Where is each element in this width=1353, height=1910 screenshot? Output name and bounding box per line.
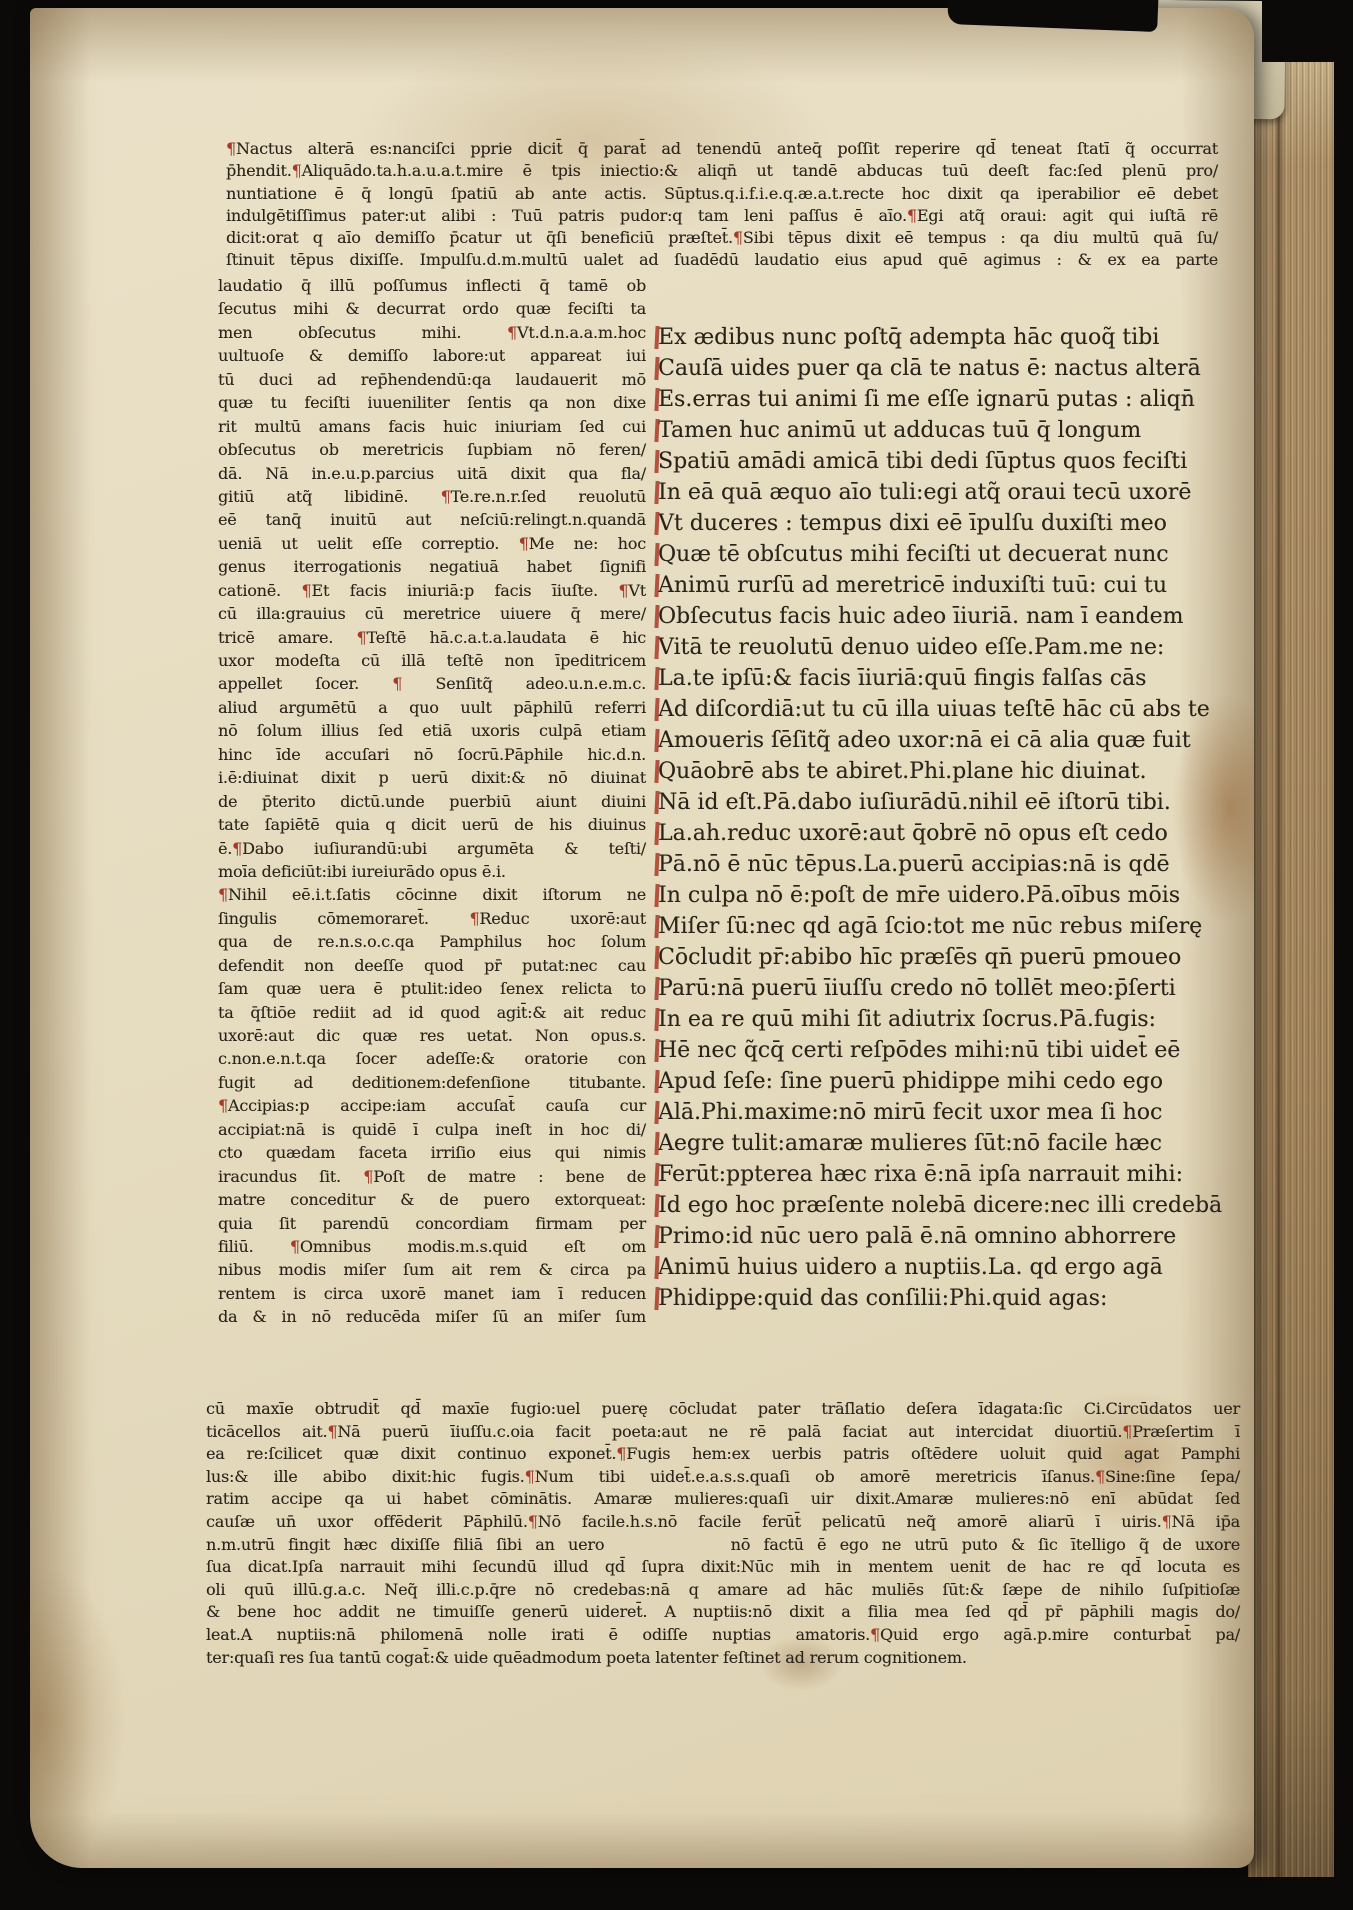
text-line: defendit non deeſſe quod pr̄ putat:nec c… xyxy=(218,954,646,977)
text-line: gitiū atq̃ libidinē. ¶Te.re.n.r.ſed reuo… xyxy=(218,485,646,508)
rubric-pilcrow: ¶ xyxy=(356,628,366,647)
terence-verse-column: Ex ædibus nunc poſtq̄ adempta hāc quoq̃ … xyxy=(658,322,1254,1314)
commentary-bottom-block: cū maxīe obtrudit̄ qd̄ maxīe fugio:uel p… xyxy=(206,1398,1240,1669)
text-line: ſingulis cōmemoraret̄. ¶Reduc uxorē:aut xyxy=(218,907,646,930)
rubric-pilcrow: ¶ xyxy=(292,161,302,180)
rubric-pilcrow: ¶ xyxy=(525,1467,535,1486)
rubric-pilcrow: ¶ xyxy=(519,534,529,553)
rubric-pilcrow: ¶ xyxy=(1122,1422,1132,1441)
text-line: Apud ſeſe: ſine puerū phidippe mihi cedo… xyxy=(658,1066,1254,1097)
text-line: nibus modis miſer ſum ait rem & circa pa xyxy=(218,1258,646,1281)
text-line: p̄hendit.¶Aliquādo.ta.h.a.u.a.t.mire ē t… xyxy=(226,160,1218,182)
text-line: uxor modeſta cū illā teſtē non īpeditric… xyxy=(218,649,646,672)
rubric-pilcrow: ¶ xyxy=(616,1444,626,1463)
text-line: Ferūt:ppterea hæc rixa ē:nā ipſa narraui… xyxy=(658,1159,1254,1190)
text-line: Ex ædibus nunc poſtq̄ adempta hāc quoq̃ … xyxy=(658,322,1254,353)
text-line: iracundus ſit. ¶Poſt de matre : bene de xyxy=(218,1165,646,1188)
text-line: Es.erras tui animi ſi me eſſe ignarū put… xyxy=(658,384,1254,415)
rubric-pilcrow: ¶ xyxy=(1162,1512,1172,1531)
text-line: uxorē:aut dic quæ res uetat. Non opus.s. xyxy=(218,1024,646,1047)
commentary-left-column: laudatio q̄ illū poſſumus inflecti q̄ ta… xyxy=(218,274,646,1329)
rubric-pilcrow: ¶ xyxy=(528,1512,538,1531)
text-line: hinc īde accuſari nō ſocrū.Pāphile hic.d… xyxy=(218,743,646,766)
text-line: In culpa nō ē:poſt de mr̄e uidero.Pā.oīb… xyxy=(658,880,1254,911)
text-line: La.ah.reduc uxorē:aut q̄obrē nō opus eſt… xyxy=(658,818,1254,849)
text-line: Quæ tē obſcutus mihi feciſti ut decuerat… xyxy=(658,539,1254,570)
text-line: ſtinuit tēpus dixiſſe. Impulſu.d.m.multū… xyxy=(226,249,1218,271)
text-line: aliud argumētū a quo uult pāphilū referr… xyxy=(218,696,646,719)
text-line: cationē. ¶Et facis iniuriā:p facis īiuſt… xyxy=(218,579,646,602)
text-line: Animū rurſū ad meretricē induxiſti tuū: … xyxy=(658,570,1254,601)
text-line: Ad diſcordiā:ut tu cū illa uiuas teſtē h… xyxy=(658,694,1254,725)
text-line: In ea re quū mihi ſit adiutrix ſocrus.Pā… xyxy=(658,1004,1254,1035)
text-line: ¶Nihil eē.i.t.ſatis cōcinne dixit iſtoru… xyxy=(218,883,646,906)
text-line: Aegre tulit:amaræ mulieres ſūt:nō facile… xyxy=(658,1128,1254,1159)
text-line: ueniā ut uelit eſſe correptio. ¶Me ne: h… xyxy=(218,532,646,555)
text-line: ¶Accipias:p accipe:iam accuſat̄ cauſa cu… xyxy=(218,1094,646,1117)
text-line: ta q̄ſtiōe rediit ad id quod agit̄:& ait… xyxy=(218,1001,646,1024)
text-line: ticācellos ait.¶Nā puerū īiuſſu.c.oia fa… xyxy=(206,1421,1240,1444)
text-line: Hē nec q̃cq̄ certi reſpōdes mihi:nū tibi… xyxy=(658,1035,1254,1066)
text-line: quæ tu feciſti iuueniliter ſentis qa non… xyxy=(218,391,646,414)
rubric-pilcrow: ¶ xyxy=(441,487,451,506)
rubric-pilcrow: ¶ xyxy=(218,1096,228,1115)
text-line: nuntiatione ē q̄ longū ſpatiū ab ante ac… xyxy=(226,183,1218,205)
rubric-pilcrow: ¶ xyxy=(290,1237,300,1256)
rubric-pilcrow: ¶ xyxy=(618,581,628,600)
text-line: Vt duceres : tempus dixi eē īpulſu duxiſ… xyxy=(658,508,1254,539)
rubric-pilcrow: ¶ xyxy=(507,323,517,342)
text-line: cū illa:grauius cū meretrice uiuere q̄ m… xyxy=(218,602,646,625)
text-line: c.non.e.n.t.qa ſocer adeſſe:& oratorie c… xyxy=(218,1047,646,1070)
text-line: dā. Nā in.e.u.p.parcius uitā dixit qua f… xyxy=(218,462,646,485)
rubric-pilcrow: ¶ xyxy=(218,885,228,904)
text-line: Pā.nō ē nūc tēpus.La.puerū accipias:nā i… xyxy=(658,849,1254,880)
text-line: lus:& ille abibo dixit:hic fugis.¶Num ti… xyxy=(206,1466,1240,1489)
text-line: ratim accipe qa ui habet cōminātis. Amar… xyxy=(206,1488,1240,1511)
commentary-top-block: ¶Nactus alterā es:nanciſci pprie dicit̄ … xyxy=(226,138,1218,272)
text-line: rit multū amans facis huic iniuriam ſed … xyxy=(218,415,646,438)
text-line: ē.¶Dabo iuſiurandū:ubi argumēta & teſti/ xyxy=(218,837,646,860)
text-line: quia ſit parendū concordiam firmam per xyxy=(218,1212,646,1235)
rubric-pilcrow: ¶ xyxy=(469,909,479,928)
text-line: eē tanq̄ inuitū aut neſciū:relingt.n.qua… xyxy=(218,508,646,531)
text-line: tricē amare. ¶Teſtē hā.c.a.t.a.laudata ē… xyxy=(218,626,646,649)
text-line: uultuoſe & demiſſo labore:ut appareat iu… xyxy=(218,344,646,367)
rubric-pilcrow: ¶ xyxy=(363,1167,373,1186)
rubric-pilcrow: ¶ xyxy=(392,674,402,693)
text-line: leat.A nuptiis:nā philomenā nolle irati … xyxy=(206,1624,1240,1647)
text-line: accipiat:nā is quidē ī culpa ineſt in ho… xyxy=(218,1118,646,1141)
text-line: ¶Nactus alterā es:nanciſci pprie dicit̄ … xyxy=(226,138,1218,160)
text-line: tate ſapiētē quia q dicit uerū de his di… xyxy=(218,813,646,836)
text-line: Vitā te reuolutū denuo uideo eſſe.Pam.me… xyxy=(658,632,1254,663)
text-line: oli quū illū.g.a.c. Neq̃ illi.c.p.q̄re n… xyxy=(206,1579,1240,1602)
text-line: tū duci ad rep̄hendendū:qa laudauerit mō xyxy=(218,368,646,391)
text-line: Parū:nā puerū īiuſſu credo nō tollēt meo… xyxy=(658,973,1254,1004)
text-line: da & in nō reducēda miſer ſū an miſer ſu… xyxy=(218,1305,646,1328)
text-line: ter:quaſi res ſua tantū cogat̄:& uide qu… xyxy=(206,1647,1240,1670)
rubric-pilcrow: ¶ xyxy=(733,228,743,247)
text-line: laudatio q̄ illū poſſumus inflecti q̄ ta… xyxy=(218,274,646,297)
text-line: Alā.Phi.maxime:nō mirū fecit uxor mea ſi… xyxy=(658,1097,1254,1128)
text-line: genus iterrogationis negatiuā habet ſign… xyxy=(218,555,646,578)
text-line: Miſer ſū:nec qd agā ſcio:tot me nūc rebu… xyxy=(658,911,1254,942)
text-line: dicit:orat q aīo demiſſo p̄catur ut q̄ſi… xyxy=(226,227,1218,249)
text-line: Id ego hoc præſente nolebā dicere:nec il… xyxy=(658,1190,1254,1221)
text-line: Animū huius uidero a nuptiis.La. qd ergo… xyxy=(658,1252,1254,1283)
text-line: de p̄terito dictū.unde puerbiū aiunt diu… xyxy=(218,790,646,813)
text-line: indulgētiſſimus pater:ut alibi : Tuū pat… xyxy=(226,205,1218,227)
rubric-pilcrow: ¶ xyxy=(870,1625,880,1644)
book-fore-edge xyxy=(1248,55,1334,1877)
text-line: men obſecutus mihi. ¶Vt.d.n.a.a.m.hoc xyxy=(218,321,646,344)
text-line: Tamen huc animū ut adducas tuū q̄ longum xyxy=(658,415,1254,446)
text-line: In eā quā æquo aīo tuli:egi atq̃ oraui t… xyxy=(658,477,1254,508)
scanner-black-corner xyxy=(1262,0,1353,62)
text-line: & bene hoc addit ne timuiſſe generū uide… xyxy=(206,1601,1240,1624)
text-line: filiū. ¶Omnibus modis.m.s.quid eſt om xyxy=(218,1235,646,1258)
text-line: n.m.utrū fingit hæc dixiſſe filiā ſibi a… xyxy=(206,1534,1240,1557)
text-line: cū maxīe obtrudit̄ qd̄ maxīe fugio:uel p… xyxy=(206,1398,1240,1421)
text-line: Obſecutus facis huic adeo īiuriā. nam ī … xyxy=(658,601,1254,632)
text-line: La.te ipſū:& facis īiuriā:quū fingis fal… xyxy=(658,663,1254,694)
text-line: obſecutus ob meretricis ſupbiam nō feren… xyxy=(218,438,646,461)
rubric-pilcrow: ¶ xyxy=(226,139,236,158)
text-line: qua de re.n.s.o.c.qa Pamphilus hoc ſolum xyxy=(218,930,646,953)
rubric-pilcrow: ¶ xyxy=(301,581,311,600)
text-line: Quāobrē abs te abiret.Phi.plane hic diui… xyxy=(658,756,1254,787)
text-line: moīa deficiūt:ibi iureiurādo opus ē.i. xyxy=(218,860,646,883)
text-line: ſam quæ uera ē ptulit:ideo ſenex relicta… xyxy=(218,977,646,1000)
text-line: Nā id eſt.Pā.dabo iuſiurādū.nihil eē iſt… xyxy=(658,787,1254,818)
text-line: ea re:ſcilicet quæ dixit continuo expone… xyxy=(206,1443,1240,1466)
rubric-pilcrow: ¶ xyxy=(907,206,917,225)
text-line: fugit ad deditionem:defenſione titubante… xyxy=(218,1071,646,1094)
text-line: ſecutus mihi & decurrat ordo quæ feciſti… xyxy=(218,297,646,320)
text-line: matre conceditur & de puero extorqueat: xyxy=(218,1188,646,1211)
rubric-pilcrow: ¶ xyxy=(1095,1467,1105,1486)
text-line: Cōcludit pr̄:abibo hīc præſēs qn̄ puerū … xyxy=(658,942,1254,973)
text-line: Primo:id nūc uero palā ē.nā omnino abhor… xyxy=(658,1221,1254,1252)
text-line: ſua dicat.Ipſa narrauit mihi ſecundū ill… xyxy=(206,1556,1240,1579)
rubric-pilcrow: ¶ xyxy=(327,1422,337,1441)
text-line: i.ē:diuinat dixit p uerū dixit:& nō diui… xyxy=(218,766,646,789)
text-line: appellet ſocer. ¶ Senſitq̃ adeo.u.n.e.m.… xyxy=(218,672,646,695)
text-line: Phidippe:quid das conſilii:Phi.quid agas… xyxy=(658,1283,1254,1314)
book-page: ¶Nactus alterā es:nanciſci pprie dicit̄ … xyxy=(30,8,1254,1868)
text-line: rentem is circa uxorē manet iam ī reduce… xyxy=(218,1282,646,1305)
rubric-pilcrow: ¶ xyxy=(232,839,242,858)
text-line: cto quædam faceta irriſio eius qui nimis xyxy=(218,1141,646,1164)
text-line: nō ſolum illius ſed etiā uxoris culpā et… xyxy=(218,719,646,742)
scan-background: { "document": { "colors": { "paper": "#e… xyxy=(0,0,1353,1910)
text-line: Spatiū amādi amicā tibi dedi ſūptus quos… xyxy=(658,446,1254,477)
text-line: cauſæ un̄ uxor offēderit Pāphilū.¶Nō fac… xyxy=(206,1511,1240,1534)
text-line: Amoueris ſēſitq̃ adeo uxor:nā ei cā alia… xyxy=(658,725,1254,756)
text-line: Cauſā uides puer qa clā te natus ē: nact… xyxy=(658,353,1254,384)
